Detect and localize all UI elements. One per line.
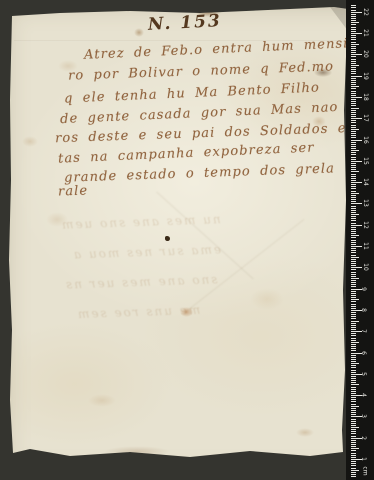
ruler-tick: [351, 261, 356, 262]
ruler-number: 18: [362, 93, 368, 101]
ruler-tick: [351, 463, 356, 464]
ruler-tick: [351, 61, 356, 62]
ruler-tick: [351, 182, 362, 183]
ruler-tick: [351, 329, 356, 330]
document-number: N. 153: [148, 11, 223, 35]
ruler-tick: [351, 318, 356, 319]
ruler-tick: [351, 118, 362, 119]
fox-spot: [312, 116, 326, 127]
ruler-tick: [351, 88, 356, 89]
ruler-tick: [351, 208, 356, 209]
ruler-tick: [351, 312, 356, 313]
ruler-number: 3: [360, 414, 366, 418]
ruler-tick: [351, 133, 356, 134]
ruler-tick: [351, 193, 359, 194]
ruler-number: 19: [362, 72, 368, 80]
ruler-tick: [351, 22, 359, 23]
ruler-tick: [351, 419, 356, 420]
ruler-tick: [351, 286, 356, 287]
ruler-tick: [351, 14, 356, 15]
ruler-tick: [351, 246, 362, 247]
fox-spot: [22, 136, 38, 147]
ruler-tick: [351, 325, 356, 326]
horizontal-crease: [14, 40, 340, 42]
ruler-tick: [351, 340, 356, 341]
ruler-tick: [351, 429, 356, 430]
ruler-tick: [351, 93, 356, 94]
ruler-tick: [351, 455, 356, 456]
ruler-tick: [351, 161, 362, 162]
ruler-tick: [351, 440, 356, 441]
showthrough-line: me uns roe sem: [76, 303, 201, 321]
ruler-tick: [351, 446, 356, 447]
ruler-tick: [351, 80, 356, 81]
ruler-tick: [351, 31, 356, 32]
ruler-tick: [351, 291, 356, 292]
ruler-tick: [351, 235, 359, 236]
ruler-tick: [351, 427, 359, 428]
ruler-tick: [351, 91, 356, 92]
ruler-tick: [351, 297, 356, 298]
ruler-tick: [351, 259, 356, 260]
ruler-tick: [351, 255, 356, 256]
archive-photo: N. 153 nu mes ane sno uemema sur nes mou…: [0, 0, 374, 480]
ruler-tick: [351, 333, 356, 334]
ruler-tick: [351, 16, 356, 17]
ruler-tick: [351, 365, 356, 366]
ruler-tick: [351, 389, 356, 390]
ruler-tick: [351, 457, 356, 458]
ruler-tick: [351, 54, 362, 55]
ruler-tick: [351, 276, 356, 277]
ruler-tick: [351, 378, 356, 379]
ruler-tick: [351, 468, 356, 469]
ruler-tick: [351, 301, 356, 302]
ruler-tick: [351, 159, 356, 160]
ruler-tick: [351, 348, 356, 349]
ruler-tick: [351, 327, 356, 328]
ruler-tick: [351, 82, 356, 83]
ruler-tick: [351, 414, 356, 415]
ruler-tick: [351, 191, 356, 192]
ruler-tick: [351, 214, 359, 215]
ruler-tick: [351, 129, 359, 130]
ruler-tick: [351, 10, 356, 11]
showthrough-line: sno ane mes uer ns: [64, 272, 218, 291]
ruler-tick: [351, 223, 356, 224]
ruler-tick: [351, 399, 356, 400]
ruler-tick: [351, 359, 356, 360]
ruler-number: 21: [362, 29, 368, 37]
ruler-tick: [351, 131, 356, 132]
ruler-tick: [351, 404, 356, 405]
ruler-tick: [351, 114, 356, 115]
ruler-tick: [351, 229, 356, 230]
handwriting-line: q ele tenha hu Ma Bento Filho: [64, 80, 320, 106]
ruler-number: 11: [362, 242, 368, 250]
ruler-tick: [351, 69, 356, 70]
ruler-tick: [351, 103, 356, 104]
ruler-tick: [351, 401, 356, 402]
ruler-tick: [351, 29, 356, 30]
ruler-number: 7: [360, 329, 366, 333]
ruler-tick: [351, 293, 356, 294]
ruler-tick: [351, 163, 356, 164]
ruler-tick: [351, 308, 356, 309]
ruler-tick: [351, 442, 356, 443]
ruler-tick: [351, 59, 356, 60]
ruler-tick: [351, 257, 359, 258]
ruler-tick: [351, 391, 356, 392]
ruler-tick: [351, 267, 362, 268]
ruler-tick: [351, 282, 356, 283]
ruler-tick: [351, 408, 356, 409]
fox-spot: [134, 28, 144, 37]
ruler-tick: [351, 357, 356, 358]
ruler-tick: [351, 48, 356, 49]
ruler-tick: [351, 42, 356, 43]
ruler-tick: [351, 280, 356, 281]
ruler-tick: [351, 148, 356, 149]
ruler-tick: [351, 372, 356, 373]
ruler-tick: [351, 237, 356, 238]
ruler-tick: [351, 37, 356, 38]
ruler-tick: [351, 84, 356, 85]
ruler-tick: [351, 95, 356, 96]
ruler-tick: [351, 346, 356, 347]
ruler-tick: [351, 39, 356, 40]
ruler-tick: [351, 342, 359, 343]
ruler-tick: [351, 397, 356, 398]
ruler-tick: [351, 423, 356, 424]
ruler-tick: [351, 24, 356, 25]
ruler-tick: [351, 306, 356, 307]
ruler-tick: [351, 5, 356, 6]
ruler-tick: [351, 240, 356, 241]
ruler-tick: [351, 248, 356, 249]
ruler-tick: [351, 206, 356, 207]
ruler-tick: [351, 50, 356, 51]
ruler-tick: [351, 431, 356, 432]
ruler-tick: [351, 71, 356, 72]
ruler-tick: [351, 105, 356, 106]
ruler-number: 16: [362, 136, 368, 144]
ruler-number: 10: [362, 263, 368, 271]
ruler-tick: [351, 323, 356, 324]
ruler-number: 22: [362, 8, 368, 16]
handwriting-line: tas na campanha expobreza ser: [58, 140, 315, 166]
fox-spot: [58, 60, 78, 72]
ruler-tick: [351, 184, 356, 185]
ruler-tick: [351, 233, 356, 234]
ruler-tick: [351, 146, 356, 147]
ruler-tick: [351, 201, 356, 202]
ruler-tick: [351, 387, 356, 388]
ruler-tick: [351, 150, 359, 151]
ruler-tick: [351, 18, 356, 19]
ruler-tick: [351, 474, 356, 475]
fox-spot: [250, 288, 284, 310]
handwriting-line: grande estado o tempo dos grela: [64, 161, 335, 185]
ruler-tick: [351, 125, 356, 126]
ruler-tick: [351, 461, 356, 462]
ruler-tick: [351, 410, 356, 411]
ruler-tick: [351, 35, 356, 36]
ruler-unit-label: cm: [362, 466, 368, 475]
ruler-tick: [351, 86, 359, 87]
ruler-tick: [351, 269, 356, 270]
ruler-tick: [351, 63, 356, 64]
ruler-number: 14: [362, 178, 368, 186]
ruler-tick: [351, 425, 356, 426]
ruler-tick: [351, 180, 356, 181]
ruler-tick: [351, 99, 356, 100]
ruler-tick: [351, 355, 356, 356]
edge-smudge: [104, 446, 170, 457]
ruler-tick: [351, 122, 356, 123]
ruler-tick: [351, 216, 356, 217]
fox-spot: [296, 428, 314, 437]
ruler-tick: [351, 218, 356, 219]
ruler-tick: [351, 78, 356, 79]
ruler-tick: [351, 210, 356, 211]
ruler-tick: [351, 12, 362, 13]
showthrough-line: ema sur nes mou a: [72, 242, 221, 261]
ruler-tick: [351, 116, 356, 117]
ruler-number: 4: [360, 393, 366, 397]
ruler-tick: [351, 112, 356, 113]
ruler-tick: [351, 212, 356, 213]
ruler-tick: [351, 384, 359, 385]
ruler-number: 6: [360, 351, 366, 355]
ink-smudge: [314, 68, 332, 77]
ruler-tick: [351, 165, 356, 166]
ruler-tick: [351, 127, 356, 128]
ruler-number: 20: [362, 50, 368, 58]
ruler-tick: [351, 263, 356, 264]
ruler-tick: [351, 412, 356, 413]
ruler-number: 5: [360, 372, 366, 376]
ruler-tick: [351, 120, 356, 121]
showthrough-line: nu mes ane sno uem: [60, 212, 221, 232]
ruler-tick: [351, 274, 356, 275]
ruler-tick: [351, 393, 356, 394]
ruler-number: 12: [362, 221, 368, 229]
ruler-tick: [351, 186, 356, 187]
ruler-tick: [351, 67, 356, 68]
diagonal-crease: [156, 192, 253, 280]
ruler-tick: [351, 448, 359, 449]
ruler-tick: [351, 382, 356, 383]
ruler-tick: [351, 152, 356, 153]
ruler-tick: [351, 7, 356, 8]
ruler-number: 1: [360, 457, 366, 461]
ruler-number: 2: [360, 436, 366, 440]
ruler-tick: [351, 169, 356, 170]
photo-scale-ruler: cm 12345678910111213141516171819202122: [346, 0, 374, 480]
ruler-tick: [351, 231, 356, 232]
ruler-tick: [351, 433, 356, 434]
ruler-tick: [351, 174, 356, 175]
ruler-tick: [351, 33, 362, 34]
ruler-tick: [351, 338, 356, 339]
ruler-tick: [351, 295, 356, 296]
handwriting-line: rale: [58, 183, 89, 199]
ruler-tick: [351, 227, 356, 228]
ruler-tick: [351, 65, 359, 66]
ruler-tick: [351, 20, 356, 21]
ruler-tick: [351, 171, 359, 172]
handwriting-line: ros deste e seu pai dos Soldados es: [55, 121, 355, 146]
ruler-number: 13: [362, 200, 368, 208]
ruler-tick: [351, 304, 356, 305]
ruler-tick: [351, 140, 362, 141]
ruler-number: 17: [362, 114, 368, 122]
manuscript-paper: N. 153 nu mes ane sno uemema sur nes mou…: [0, 0, 374, 480]
fox-spot: [180, 307, 193, 317]
ruler-tick: [351, 472, 356, 473]
ruler-number: 9: [360, 287, 366, 291]
ruler-tick: [351, 344, 356, 345]
ruler-tick: [351, 76, 362, 77]
ruler-tick: [351, 195, 356, 196]
ruler-tick: [351, 321, 359, 322]
ruler-tick: [351, 167, 356, 168]
ruler-tick: [351, 367, 356, 368]
ruler-tick: [351, 188, 356, 189]
ruler-tick: [351, 154, 356, 155]
ruler-tick: [351, 284, 356, 285]
ruler-tick: [351, 27, 356, 28]
handwriting-line: Atrez de Feb.o entra hum mensi: [84, 36, 349, 63]
ruler-tick: [351, 421, 356, 422]
ruler-tick: [351, 465, 356, 466]
ruler-tick: [351, 363, 359, 364]
ruler-tick: [351, 380, 356, 381]
ruler-tick: [351, 450, 356, 451]
ruler-tick: [351, 73, 356, 74]
handwriting-line: de gente casada gor sua Mas nao: [60, 100, 339, 127]
ruler-tick: [351, 225, 362, 226]
ruler-number: 15: [362, 157, 368, 165]
ruler-tick: [351, 406, 359, 407]
ruler-tick: [351, 453, 356, 454]
ruler-tick: [351, 199, 356, 200]
ruler-tick: [351, 176, 356, 177]
ruler-tick: [351, 197, 356, 198]
ruler-tick: [351, 299, 359, 300]
ink-dot: [165, 236, 170, 241]
diagonal-crease: [186, 219, 305, 312]
ruler-tick: [351, 178, 356, 179]
ruler-tick: [351, 444, 356, 445]
ruler-tick: [351, 350, 356, 351]
ruler-tick: [351, 137, 356, 138]
ruler-tick: [351, 316, 356, 317]
ruler-tick: [351, 97, 362, 98]
fox-spot: [46, 212, 68, 227]
ruler-tick: [351, 436, 356, 437]
ruler-tick: [351, 244, 356, 245]
ruler-tick: [351, 370, 356, 371]
ruler-tick: [351, 470, 359, 471]
ruler-tick: [351, 52, 356, 53]
ruler-tick: [351, 278, 359, 279]
ruler-tick: [351, 376, 356, 377]
ruler-tick: [351, 142, 356, 143]
ruler-tick: [351, 272, 356, 273]
ruler-tick: [351, 46, 356, 47]
ruler-number: 8: [360, 308, 366, 312]
ruler-tick: [351, 361, 356, 362]
ruler-tick: [351, 110, 356, 111]
ruler-tick: [351, 101, 356, 102]
ruler-tick: [351, 476, 356, 477]
ruler-tick: [351, 108, 359, 109]
ruler-tick: [351, 157, 356, 158]
ruler-tick: [351, 44, 359, 45]
ruler-tick: [351, 250, 356, 251]
ruler-tick: [351, 335, 356, 336]
ink-stain: [194, 5, 222, 17]
ruler-tick: [351, 203, 362, 204]
fox-spot: [88, 394, 116, 407]
ruler-tick: [351, 56, 356, 57]
ruler-tick: [351, 220, 356, 221]
ruler-tick: [351, 314, 356, 315]
ruler-tick: [351, 242, 356, 243]
ruler-tick: [351, 252, 356, 253]
handwriting-line: ro por Bolivar o nome q Fed.mo: [68, 59, 335, 83]
ruler-tick: [351, 265, 356, 266]
ruler-tick: [351, 135, 356, 136]
ruler-tick: [351, 144, 356, 145]
